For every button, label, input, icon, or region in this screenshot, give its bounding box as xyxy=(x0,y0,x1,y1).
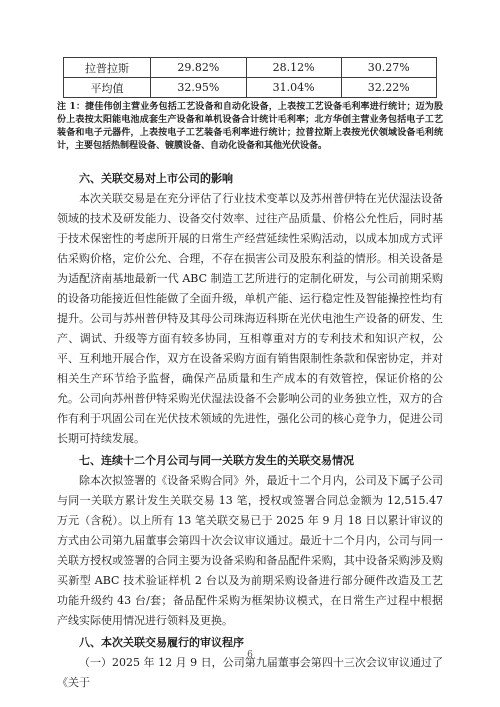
table-cell-value: 32.95% xyxy=(150,78,246,98)
table-cell-company: 平均值 xyxy=(64,78,151,98)
table-cell-value: 32.22% xyxy=(341,78,436,98)
section-heading-6: 六、关联交易对上市公司的影响 xyxy=(57,169,443,189)
section-paragraph: 除本次拟签署的《设备采购合同》外，最近十二个月内，公司及下属子公司与同一关联方累… xyxy=(57,471,443,631)
section-paragraph: 本次关联交易是在充分评估了行业技术变革以及苏州普伊特在光伏湿法设备领域的技术及研… xyxy=(57,189,443,449)
document-page: 拉普拉斯 29.82% 28.12% 30.27% 平均值 32.95% 31.… xyxy=(0,0,500,707)
gross-margin-table: 拉普拉斯 29.82% 28.12% 30.27% 平均值 32.95% 31.… xyxy=(63,57,437,98)
section-heading-7: 七、连续十二个月公司与同一关联方发生的关联交易情况 xyxy=(57,451,443,471)
document-body: 拉普拉斯 29.82% 28.12% 30.27% 平均值 32.95% 31.… xyxy=(0,0,500,693)
table-footnote: 注 1：捷佳伟创主营业务包括工艺设备和自动化设备，上表按工艺设备毛利率进行统计；… xyxy=(57,101,443,153)
table-row: 拉普拉斯 29.82% 28.12% 30.27% xyxy=(64,58,437,78)
table-row: 平均值 32.95% 31.04% 32.22% xyxy=(64,78,437,98)
table-cell-value: 31.04% xyxy=(246,78,341,98)
table-cell-value: 30.27% xyxy=(341,58,436,78)
table-cell-company: 拉普拉斯 xyxy=(64,58,151,78)
table-cell-value: 29.82% xyxy=(150,58,246,78)
table-cell-value: 28.12% xyxy=(246,58,341,78)
page-number: 6 xyxy=(0,650,500,660)
